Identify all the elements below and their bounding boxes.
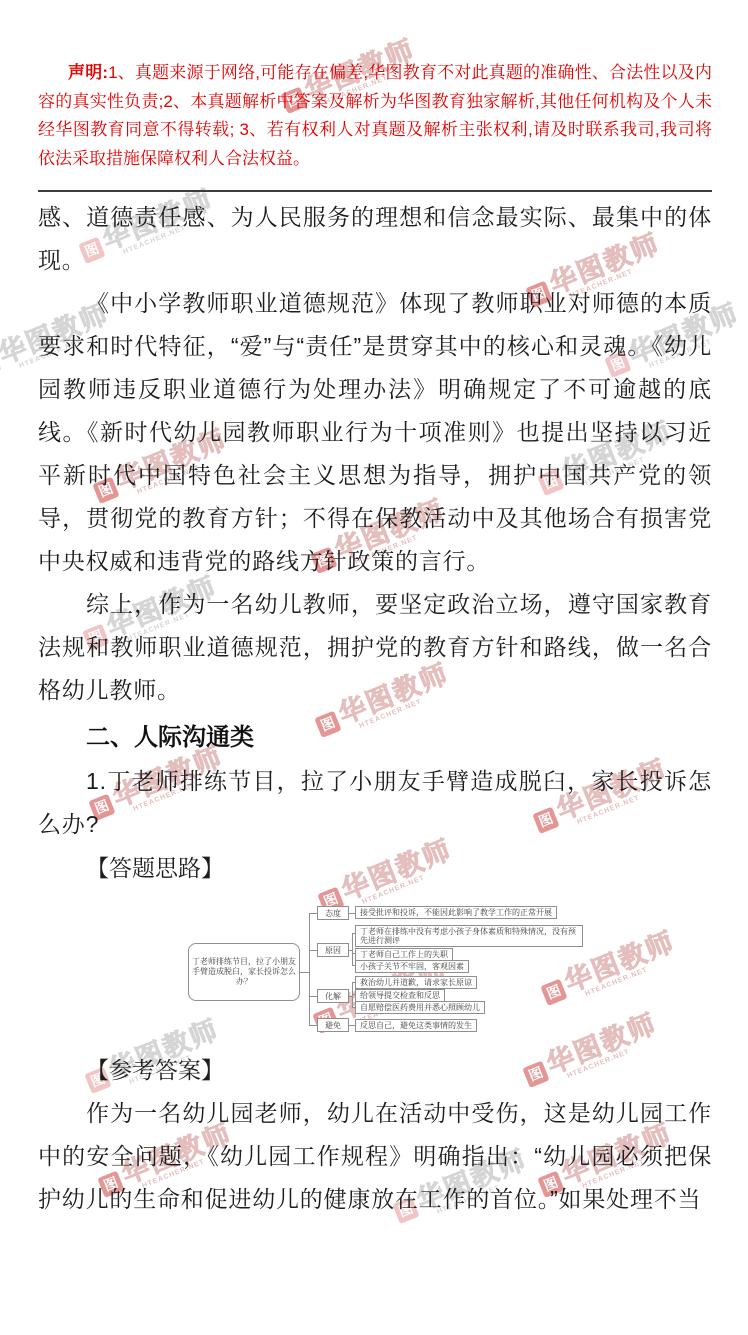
answer-paragraph: 作为一名幼儿园老师，幼儿在活动中受伤，这是幼儿园工作中的安全问题，《幼儿园工作规… [38,1092,712,1221]
leaf-cause-1: 丁老师在排练中没有考虑小孩子身体素质和特殊情况，没有预先进行测评 [355,925,583,947]
branch-cause: 原因 [317,943,349,957]
connector-line [352,933,353,966]
answer-idea-label: 【答题思路】 [38,846,712,890]
paragraph-continuation: 感、道德责任感、为人民服务的理想和信念最实际、最集中的体现。 [38,196,712,282]
branch-avoid: 避免 [317,1018,349,1032]
branch-resolve: 化解 [317,989,349,1003]
disclaimer-text: 声明:1、真题来源于网络,可能存在偏差,华图教育不对此真题的准确性、合法性以及内… [38,59,712,173]
question-text: 1.丁老师排练节目，拉了小朋友手臂造成脱臼，家长投诉怎么办? [38,760,712,846]
divider-rule [38,190,712,192]
connector-line [309,913,317,914]
leaf-cause-3: 小孩子关节不牢固，客观因素 [355,960,469,973]
mindmap-diagram: 丁老师排练节目，拉了小朋友手臂造成脱臼，家长投诉怎么办？ 态度 原因 化解 避免 [188,896,598,1046]
reference-answer-label: 【参考答案】 [38,1048,712,1092]
mindmap-root-node: 丁老师排练节目，拉了小朋友手臂造成脱臼，家长投诉怎么办？ [188,943,300,1001]
paragraph-summary: 综上，作为一名幼儿教师，要坚定政治立场，遵守国家教育法规和教师职业道德规范，拥护… [38,583,712,712]
leaf-resolve-1: 救治幼儿并道歉，请求家长原谅 [355,976,477,989]
section-heading: 二、人际沟通类 [38,716,712,760]
connector-line [309,996,317,997]
disclaimer-label: 声明: [68,63,108,82]
leaf-resolve-3: 自愿赔偿医药费用并悉心照顾幼儿 [355,1001,485,1014]
paragraph-norms: 《中小学教师职业道德规范》体现了教师职业对师德的本质要求和时代特征，“爱”与“责… [38,282,712,583]
connector-line [309,913,310,1025]
connector-line [309,950,317,951]
page-content: 声明:1、真题来源于网络,可能存在偏差,华图教育不对此真题的准确性、合法性以及内… [0,0,748,1221]
branch-attitude: 态度 [317,906,349,920]
connector-line [300,972,309,973]
leaf-avoid-1: 反思自己，避免这类事情的发生 [355,1019,477,1032]
leaf-attitude-1: 接受批评和投诉，不能因此影响了教学工作的正常开展 [355,906,557,919]
document-page: 图华图教师HTEACHER.NET图华图教师HTEACHER.NET图华图教师H… [0,0,748,1335]
disclaimer-body: 1、真题来源于网络,可能存在偏差,华图教育不对此真题的准确性、合法性以及内容的真… [38,63,712,168]
connector-line [309,1025,317,1026]
